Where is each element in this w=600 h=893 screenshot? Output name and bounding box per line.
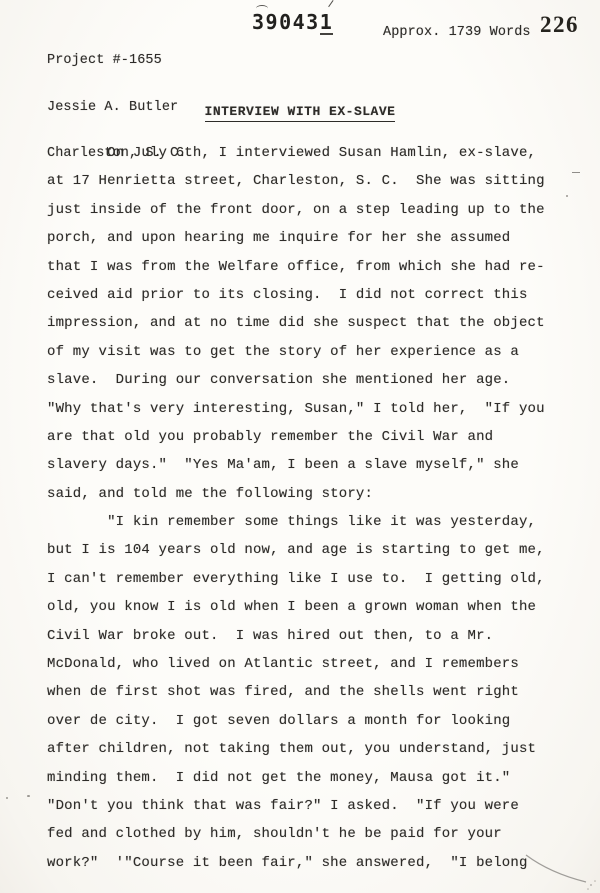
typed-line: of my visit was to get the story of her … — [47, 338, 545, 366]
typed-line: are that old you probably remember the C… — [47, 423, 545, 451]
typed-line: "I kin remember some things like it was … — [47, 508, 545, 536]
typed-line: porch, and upon hearing me inquire for h… — [47, 224, 545, 252]
typed-line: old, you know I is old when I been a gro… — [47, 593, 545, 621]
typed-line: minding them. I did not get the money, M… — [47, 764, 545, 792]
typed-line: "Why that's very interesting, Susan," I … — [47, 395, 545, 423]
typed-line: ceived aid prior to its closing. I did n… — [47, 281, 545, 309]
typed-line: impression, and at no time did she suspe… — [47, 309, 545, 337]
document-page: Project #-1655 Jessie A. Butler Charlest… — [0, 0, 600, 893]
typed-line: McDonald, who lived on Atlantic street, … — [47, 650, 545, 678]
typed-line: On July 6th, I interviewed Susan Hamlin,… — [47, 139, 545, 167]
stamp-caret-mark — [256, 5, 268, 12]
ink-speck — [27, 795, 30, 797]
typed-line: at 17 Henrietta street, Charleston, S. C… — [47, 167, 545, 195]
project-line: Project #-1655 — [47, 53, 186, 69]
typed-line: over de city. I got seven dollars a mont… — [47, 707, 545, 735]
document-title: INTERVIEW WITH EX-SLAVE — [205, 104, 396, 122]
typed-line: "Don't you think that was fair?" I asked… — [47, 792, 545, 820]
typed-line: but I is 104 years old now, and age is s… — [47, 536, 545, 564]
margin-dash-mark — [572, 172, 580, 173]
typed-line: work?" '"Course it been fair," she answe… — [47, 849, 545, 877]
ink-speck — [566, 195, 568, 197]
typed-line: after children, not taking them out, you… — [47, 735, 545, 763]
typed-line: slave. During our conversation she menti… — [47, 366, 545, 394]
serial-stamp: 390431 — [252, 10, 333, 34]
typed-line: that I was from the Welfare office, from… — [47, 253, 545, 281]
page-number: 226 — [540, 12, 579, 38]
typed-line: just inside of the front door, on a step… — [47, 196, 545, 224]
title-row: INTERVIEW WITH EX-SLAVE — [0, 102, 600, 122]
typed-line: slavery days." "Yes Ma'am, I been a slav… — [47, 451, 545, 479]
pen-stroke-mark — [512, 843, 600, 893]
typed-line: I can't remember everything like I use t… — [47, 565, 545, 593]
typed-body: On July 6th, I interviewed Susan Hamlin,… — [47, 139, 545, 877]
word-count-label: Approx. 1739 Words — [383, 25, 531, 40]
ink-speck — [6, 797, 8, 799]
stamp-underline-mark — [320, 33, 333, 35]
typed-line: said, and told me the following story: — [47, 480, 545, 508]
typed-line: when de first shot was fired, and the sh… — [47, 678, 545, 706]
typed-line: fed and clothed by him, shouldn't he be … — [47, 820, 545, 848]
typed-line: Civil War broke out. I was hired out the… — [47, 622, 545, 650]
stamp-tick-mark — [328, 0, 334, 7]
